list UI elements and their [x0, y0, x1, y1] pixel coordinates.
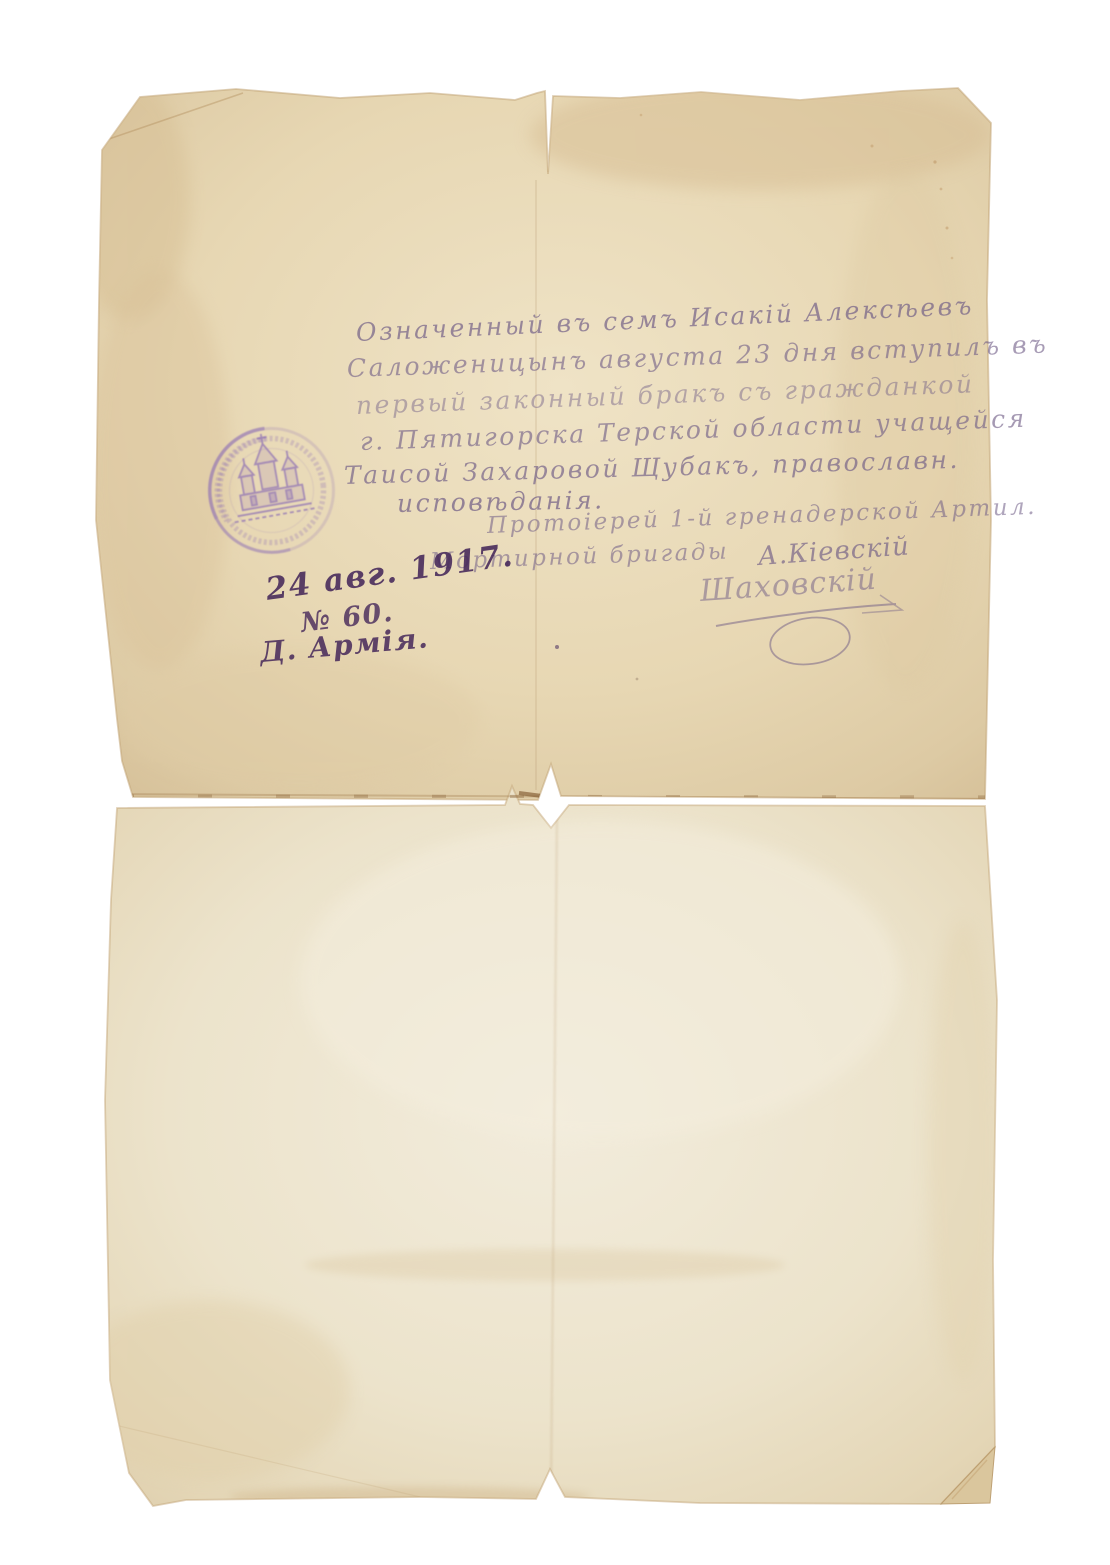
paper-sheet: [0, 0, 1110, 1565]
church-stamp-icon: [192, 411, 351, 570]
document-photo: Означенный въ семъ Исакій Алексѣевъ Сало…: [0, 0, 1110, 1565]
ink-dot: [555, 645, 559, 649]
ink-ghost-impression: [305, 1249, 785, 1281]
